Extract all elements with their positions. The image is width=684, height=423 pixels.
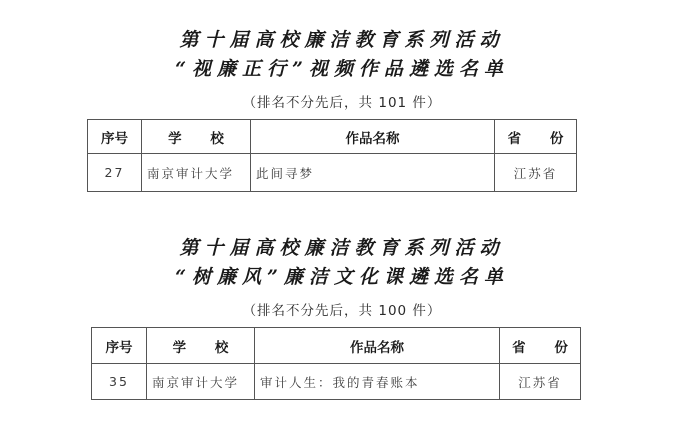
header-work-name: 作品名称 — [255, 328, 500, 364]
cell-work-name: 审计人生：我的青春账本 — [255, 364, 500, 400]
table-row: 27 南京审计大学 此间寻梦 江苏省 — [88, 154, 577, 192]
section1-table: 序号 学 校 作品名称 省 份 27 南京审计大学 此间寻梦 江苏省 — [87, 119, 577, 192]
section2-subtitle: （排名不分先后，共 100 件） — [0, 299, 684, 319]
cell-school: 南京审计大学 — [147, 364, 255, 400]
cell-index: 35 — [92, 364, 147, 400]
header-school: 学 校 — [147, 328, 255, 364]
section1-title-line2: “视廉正行”视频作品遴选名单 — [0, 54, 684, 81]
section1-title-line1: 第十届高校廉洁教育系列活动 — [0, 25, 684, 52]
cell-work-name: 此间寻梦 — [251, 154, 495, 192]
header-work-name: 作品名称 — [251, 120, 495, 154]
section1-subtitle: （排名不分先后，共 101 件） — [0, 91, 684, 111]
header-school: 学 校 — [142, 120, 251, 154]
section2-title-line2: “树廉风”廉洁文化课遴选名单 — [0, 262, 684, 289]
table-header-row: 序号 学 校 作品名称 省 份 — [92, 328, 581, 364]
table-row: 35 南京审计大学 审计人生：我的青春账本 江苏省 — [92, 364, 581, 400]
cell-school: 南京审计大学 — [142, 154, 251, 192]
table-header-row: 序号 学 校 作品名称 省 份 — [88, 120, 577, 154]
header-province: 省 份 — [495, 120, 577, 154]
header-province: 省 份 — [500, 328, 581, 364]
header-index: 序号 — [88, 120, 142, 154]
cell-province: 江苏省 — [495, 154, 577, 192]
section2-title-line1: 第十届高校廉洁教育系列活动 — [0, 233, 684, 260]
cell-province: 江苏省 — [500, 364, 581, 400]
cell-index: 27 — [88, 154, 142, 192]
header-index: 序号 — [92, 328, 147, 364]
section2-table: 序号 学 校 作品名称 省 份 35 南京审计大学 审计人生：我的青春账本 江苏… — [91, 327, 581, 400]
